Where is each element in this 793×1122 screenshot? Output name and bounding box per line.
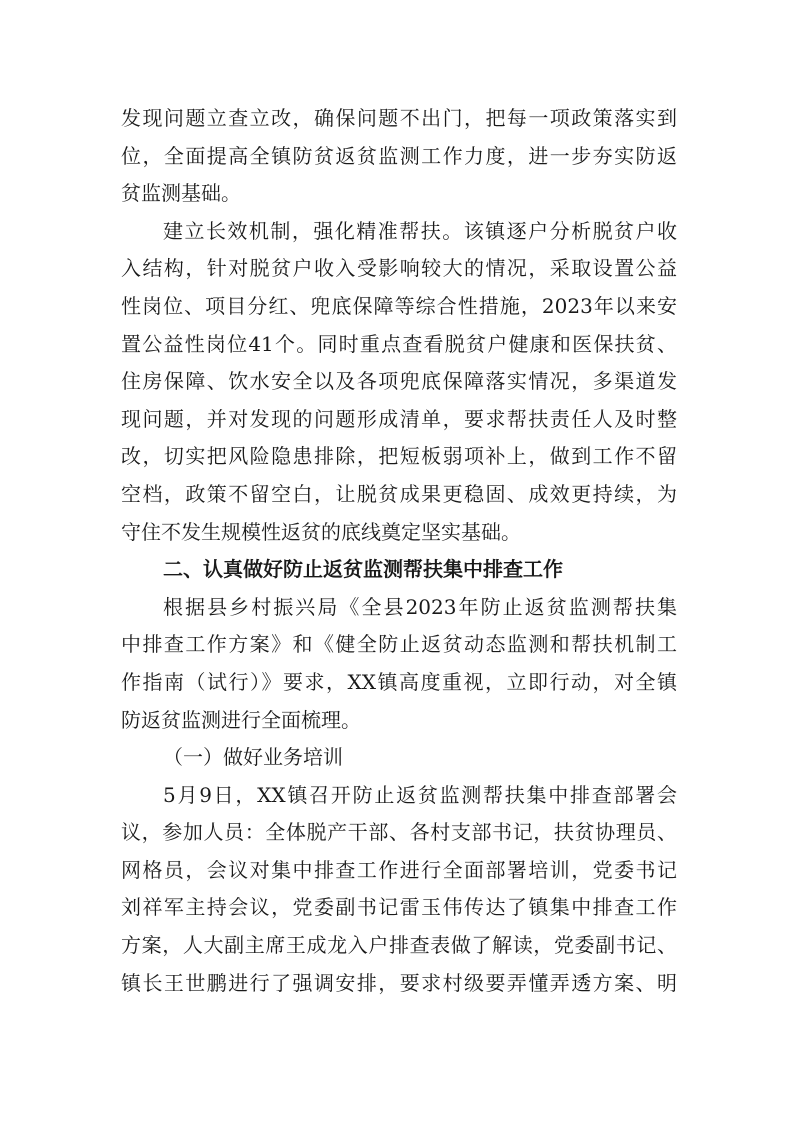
text-line: 刘祥军主持会议，党委副书记雷玉伟传达了镇集中排查工作 [121,889,677,927]
paragraph-continued: 发现问题立查立改，确保问题不出门，把每一项政策落实到 位，全面提高全镇防贫返贫监… [121,100,677,213]
text-line: 入结构，针对脱贫户收入受影响较大的情况，采取设置公益 [121,250,677,288]
text-line: 性岗位、项目分红、兜底保障等综合性措施，2023年以来安 [121,288,677,326]
text-line: 守住不发生规模性返贫的底线奠定坚实基础。 [121,514,677,552]
text-line: 改，切实把风险隐患排除，把短板弱项补上，做到工作不留 [121,438,677,476]
paragraph-long-term-mechanism: 建立长效机制，强化精准帮扶。该镇逐户分析脱贫户收 入结构，针对脱贫户收入受影响较… [121,213,677,551]
text-line: 方案，人大副主席王成龙入户排查表做了解读，党委副书记、 [121,927,677,965]
text-line: 议，参加人员：全体脱产干部、各村支部书记，扶贫协理员、 [121,814,677,852]
text-line: 现问题，并对发现的问题形成清单，要求帮扶责任人及时整 [121,401,677,439]
paragraph-basis: 根据县乡村振兴局《全县2023年防止返贫监测帮扶集 中排查工作方案》和《健全防止… [121,589,677,739]
text-line: 发现问题立查立改，确保问题不出门，把每一项政策落实到 [121,100,677,138]
section-heading: 二、认真做好防止返贫监测帮扶集中排查工作 [121,551,677,589]
text-line: 5月9日，XX镇召开防止返贫监测帮扶集中排查部署会 [121,777,677,815]
text-line: 作指南（试行）》要求，XX镇高度重视，立即行动，对全镇 [121,664,677,702]
text-line: 贫监测基础。 [121,175,677,213]
text-line: 住房保障、饮水安全以及各项兜底保障落实情况，多渠道发 [121,363,677,401]
text-line: 镇长王世鹏进行了强调安排，要求村级要弄懂弄透方案、明 [121,965,677,1003]
text-line: 根据县乡村振兴局《全县2023年防止返贫监测帮扶集 [121,589,677,627]
text-line: 中排查工作方案》和《健全防止返贫动态监测和帮扶机制工 [121,626,677,664]
text-line: 网格员，会议对集中排查工作进行全面部署培训，党委书记 [121,852,677,890]
text-line: 空档，政策不留空白，让脱贫成果更稳固、成效更持续，为 [121,476,677,514]
document-body: 发现问题立查立改，确保问题不出门，把每一项政策落实到 位，全面提高全镇防贫返贫监… [121,100,677,1002]
subsection-heading: （一）做好业务培训 [121,739,677,777]
document-page: 发现问题立查立改，确保问题不出门，把每一项政策落实到 位，全面提高全镇防贫返贫监… [0,0,793,1122]
text-line: 防返贫监测进行全面梳理。 [121,702,677,740]
text-line: 建立长效机制，强化精准帮扶。该镇逐户分析脱贫户收 [121,213,677,251]
paragraph-training: 5月9日，XX镇召开防止返贫监测帮扶集中排查部署会 议，参加人员：全体脱产干部、… [121,777,677,1003]
text-line: 位，全面提高全镇防贫返贫监测工作力度，进一步夯实防返 [121,138,677,176]
text-line: 置公益性岗位41个。同时重点查看脱贫户健康和医保扶贫、 [121,326,677,364]
